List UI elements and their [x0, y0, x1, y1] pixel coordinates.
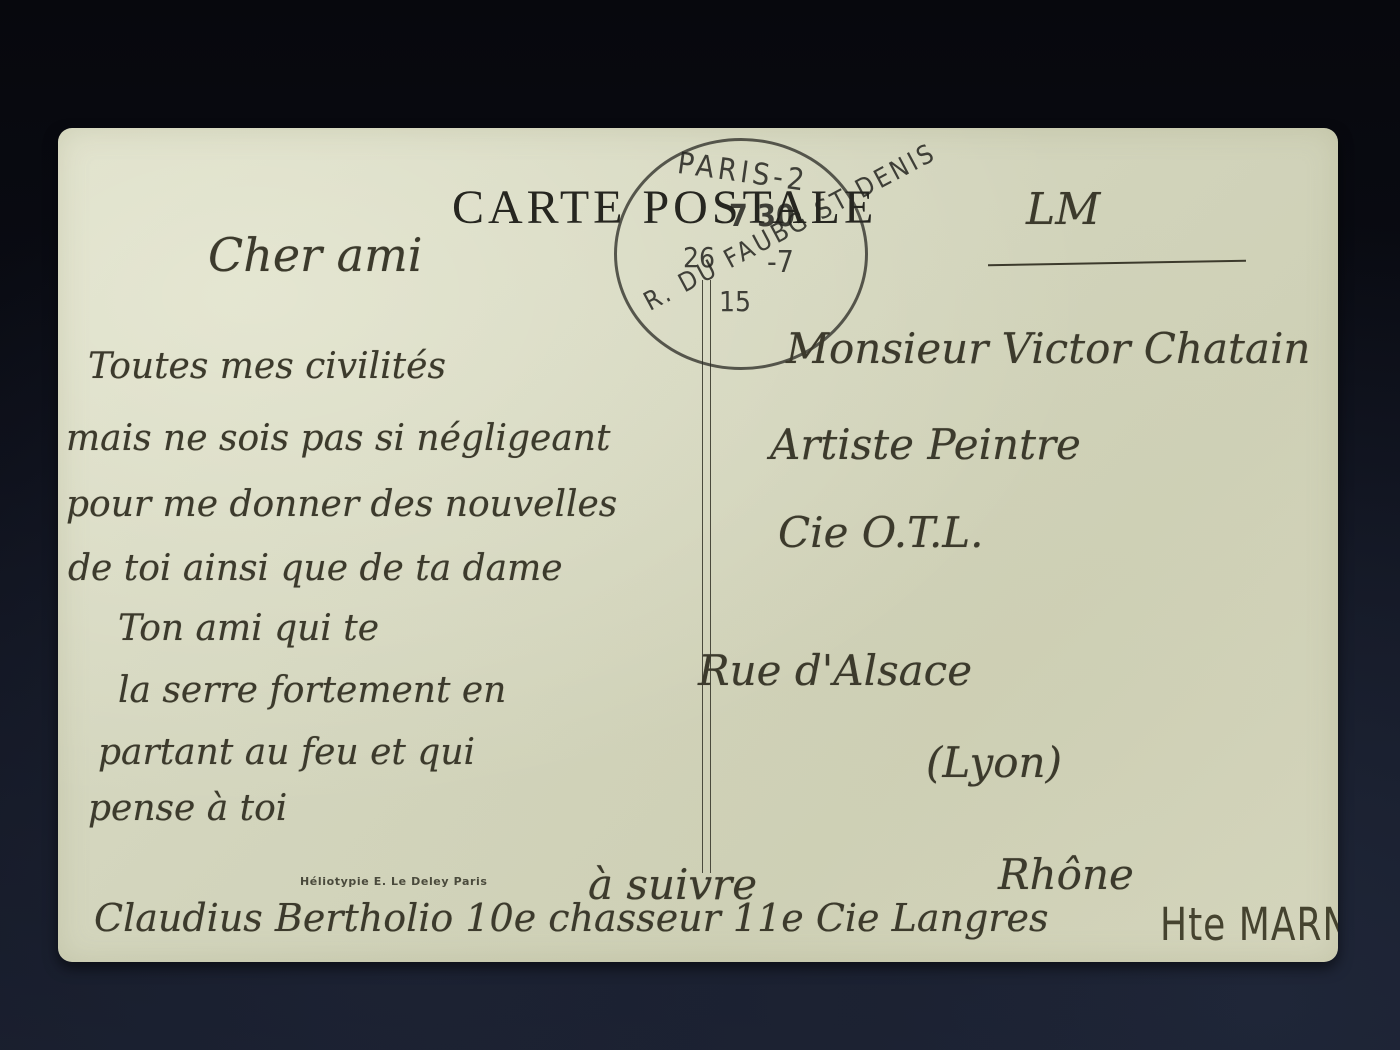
- message-line: partant au feu et qui: [98, 732, 475, 773]
- address-line: Cie O.T.L.: [778, 508, 984, 557]
- postmark-city: PARIS-2: [675, 146, 810, 199]
- address-line: Artiste Peintre: [770, 420, 1081, 469]
- address-line: Rhône: [998, 850, 1134, 899]
- printer-credit: Héliotypie E. Le Deley Paris: [300, 875, 488, 888]
- postmark-year: 15: [719, 285, 751, 318]
- message-line: Ton ami qui te: [118, 608, 379, 649]
- message-line: pour me donner des nouvelles: [66, 484, 617, 525]
- address-line: Rue d'Alsace: [698, 646, 972, 695]
- message-greeting: Cher ami: [208, 228, 422, 282]
- message-line: Toutes mes civilités: [88, 346, 446, 387]
- annotation-underline: [988, 260, 1246, 267]
- handwritten-annotation: LM: [1026, 184, 1100, 235]
- address-divider: [702, 280, 711, 873]
- message-line: pense à toi: [88, 788, 287, 829]
- sender-signature: Claudius Bertholio 10e chasseur 11e Cie …: [94, 896, 1048, 940]
- message-line: la serre fortement en: [118, 670, 506, 711]
- stamped-department: Hte MARNE: [1160, 900, 1338, 951]
- message-line: de toi ainsi que de ta dame: [68, 548, 563, 589]
- address-line: Monsieur Victor Chatain: [786, 324, 1310, 373]
- address-line: (Lyon): [926, 738, 1062, 787]
- postcard-back: CARTE POSTALE PARIS-2 7 30 26 -7 15 R. D…: [58, 128, 1338, 962]
- message-line: mais ne sois pas si négligeant: [66, 418, 610, 459]
